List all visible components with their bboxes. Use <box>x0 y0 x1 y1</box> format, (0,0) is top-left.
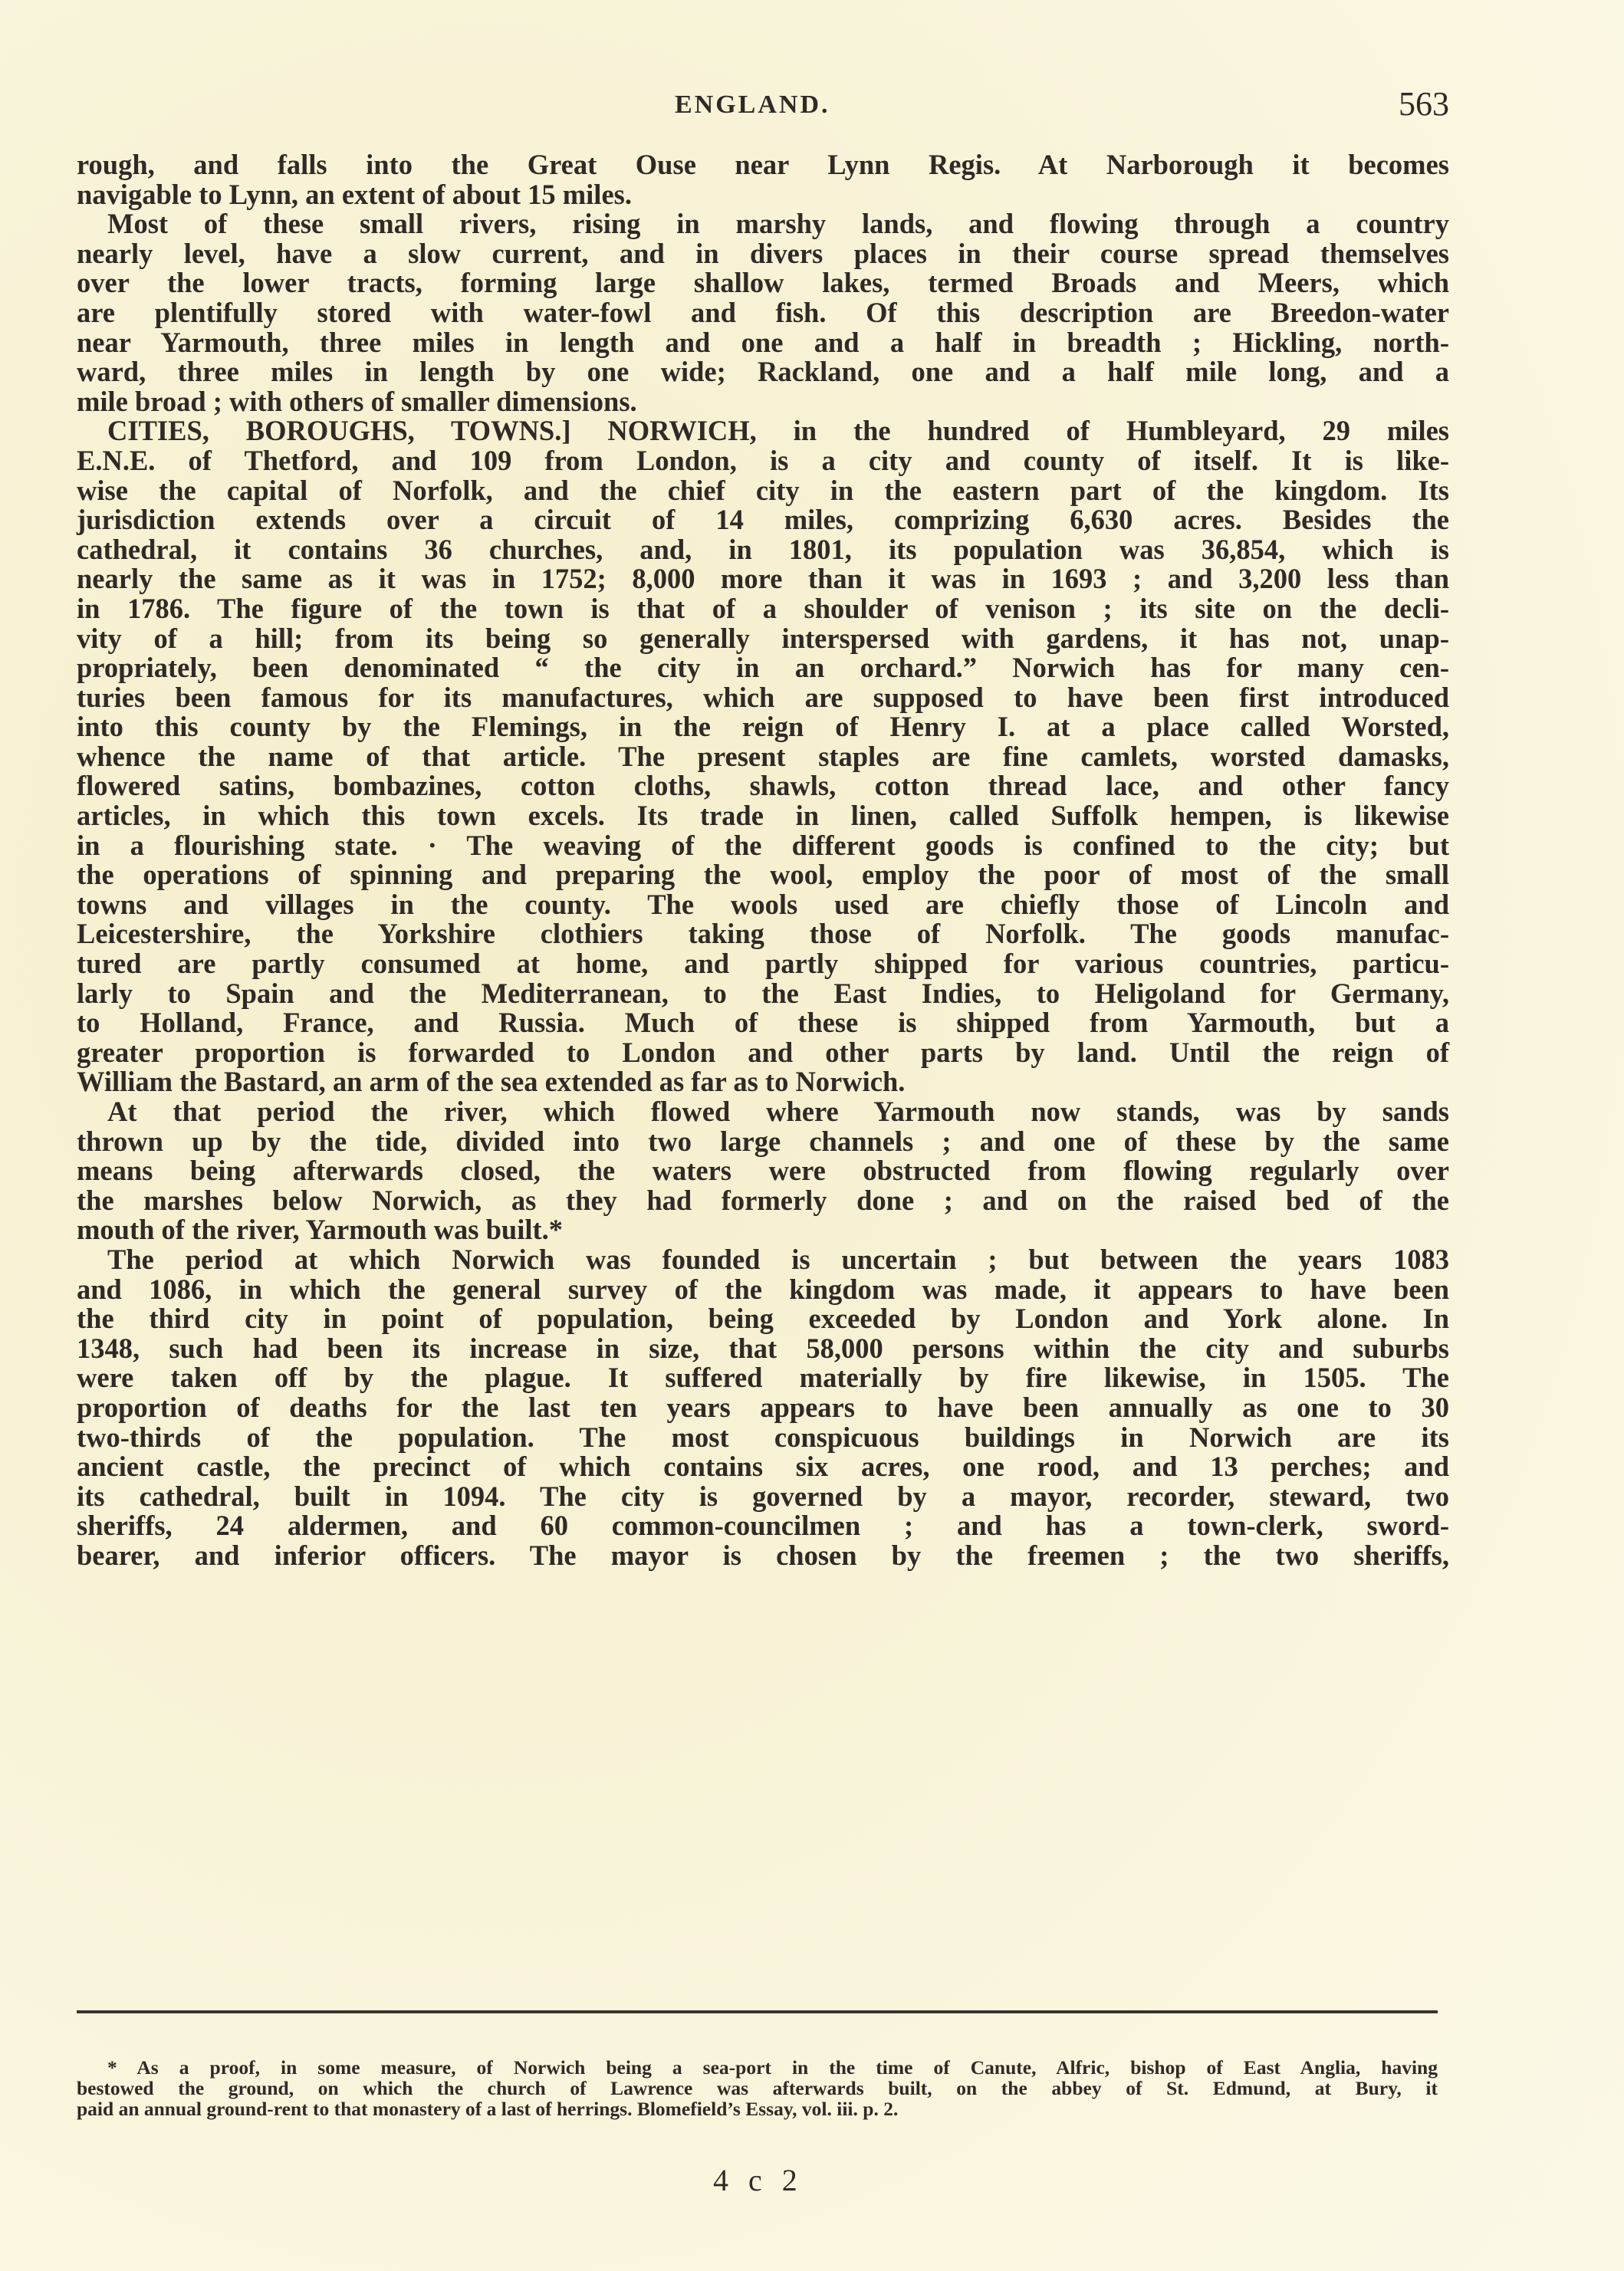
text-line: William the Bastard, an arm of the sea e… <box>77 1067 1449 1097</box>
text-line: turies been famous for its manufactures,… <box>77 683 1449 713</box>
text-line: to Holland, France, and Russia. Much of … <box>77 1008 1449 1038</box>
text-line: mile broad ; with others of smaller dime… <box>77 387 1449 417</box>
text-line: are plentifully stored with water-fowl a… <box>77 298 1449 328</box>
text-line: and 1086, in which the general survey of… <box>77 1275 1449 1305</box>
running-head: ENGLAND. 563 <box>77 90 1449 129</box>
text-line: paid an annual ground-rent to that monas… <box>77 2098 1438 2119</box>
text-line: the third city in point of population, b… <box>77 1304 1449 1334</box>
text-line: over the lower tracts, forming large sha… <box>77 268 1449 298</box>
text-line: bestowed the ground, on which the church… <box>77 2078 1438 2098</box>
text-line: in 1786. The figure of the town is that … <box>77 594 1449 624</box>
footnote: * As a proof, in some measure, of Norwic… <box>77 2057 1438 2119</box>
text-line: mouth of the river, Yarmouth was built.* <box>77 1215 1449 1245</box>
text-line: The period at which Norwich was founded … <box>77 1245 1449 1275</box>
text-line: articles, in which this town excels. Its… <box>77 801 1449 831</box>
text-line: E.N.E. of Thetford, and 109 from London,… <box>77 446 1449 476</box>
text-line: proportion of deaths for the last ten ye… <box>77 1393 1449 1423</box>
text-line: greater proportion is forwarded to Londo… <box>77 1038 1449 1068</box>
body-text: rough, and falls into the Great Ouse nea… <box>77 150 1449 1571</box>
text-line: two-thirds of the population. The most c… <box>77 1423 1449 1453</box>
running-head-title: ENGLAND. <box>675 90 830 120</box>
text-line: * As a proof, in some measure, of Norwic… <box>77 2057 1438 2078</box>
text-line: nearly the same as it was in 1752; 8,000… <box>77 564 1449 594</box>
text-line: flowered satins, bombazines, cotton clot… <box>77 771 1449 801</box>
text-line: into this county by the Flemings, in the… <box>77 712 1449 742</box>
text-line: its cathedral, built in 1094. The city i… <box>77 1482 1449 1512</box>
text-line: were taken off by the plague. It suffere… <box>77 1363 1449 1393</box>
text-line: the marshes below Norwich, as they had f… <box>77 1186 1449 1216</box>
text-line: sheriffs, 24 aldermen, and 60 common-cou… <box>77 1511 1449 1541</box>
text-line: near Yarmouth, three miles in length and… <box>77 328 1449 358</box>
text-line: wise the capital of Norfolk, and the chi… <box>77 476 1449 506</box>
text-line: thrown up by the tide, divided into two … <box>77 1127 1449 1157</box>
text-line: navigable to Lynn, an extent of about 15… <box>77 180 1449 210</box>
text-line: At that period the river, which flowed w… <box>77 1097 1449 1127</box>
text-line: nearly level, have a slow current, and i… <box>77 239 1449 269</box>
text-line: Most of these small rivers, rising in ma… <box>77 209 1449 239</box>
text-line: ward, three miles in length by one wide;… <box>77 357 1449 387</box>
text-line: the operations of spinning and preparing… <box>77 860 1449 890</box>
text-line: 1348, such had been its increase in size… <box>77 1334 1449 1364</box>
text-line: jurisdiction extends over a circuit of 1… <box>77 505 1449 535</box>
text-line: CITIES, BOROUGHS, TOWNS.] NORWICH, in th… <box>77 416 1449 446</box>
text-line: bearer, and inferior officers. The mayor… <box>77 1541 1449 1571</box>
text-line: propriately, been denominated “ the city… <box>77 653 1449 683</box>
text-line: larly to Spain and the Mediterranean, to… <box>77 979 1449 1009</box>
text-line: towns and villages in the county. The wo… <box>77 890 1449 920</box>
text-line: Leicestershire, the Yorkshire clothiers … <box>77 919 1449 949</box>
page-number: 563 <box>1399 84 1449 123</box>
text-line: vity of a hill; from its being so genera… <box>77 624 1449 654</box>
text-line: cathedral, it contains 36 churches, and,… <box>77 535 1449 565</box>
text-line: ancient castle, the precinct of which co… <box>77 1452 1449 1482</box>
signature-mark: 4 c 2 <box>713 2162 804 2198</box>
text-line: means being afterwards closed, the water… <box>77 1156 1449 1186</box>
text-line: in a flourishing state. · The weaving of… <box>77 831 1449 861</box>
text-line: rough, and falls into the Great Ouse nea… <box>77 150 1449 180</box>
footnote-rule <box>77 2010 1438 2013</box>
text-line: whence the name of that article. The pre… <box>77 742 1449 772</box>
text-line: tured are partly consumed at home, and p… <box>77 949 1449 979</box>
